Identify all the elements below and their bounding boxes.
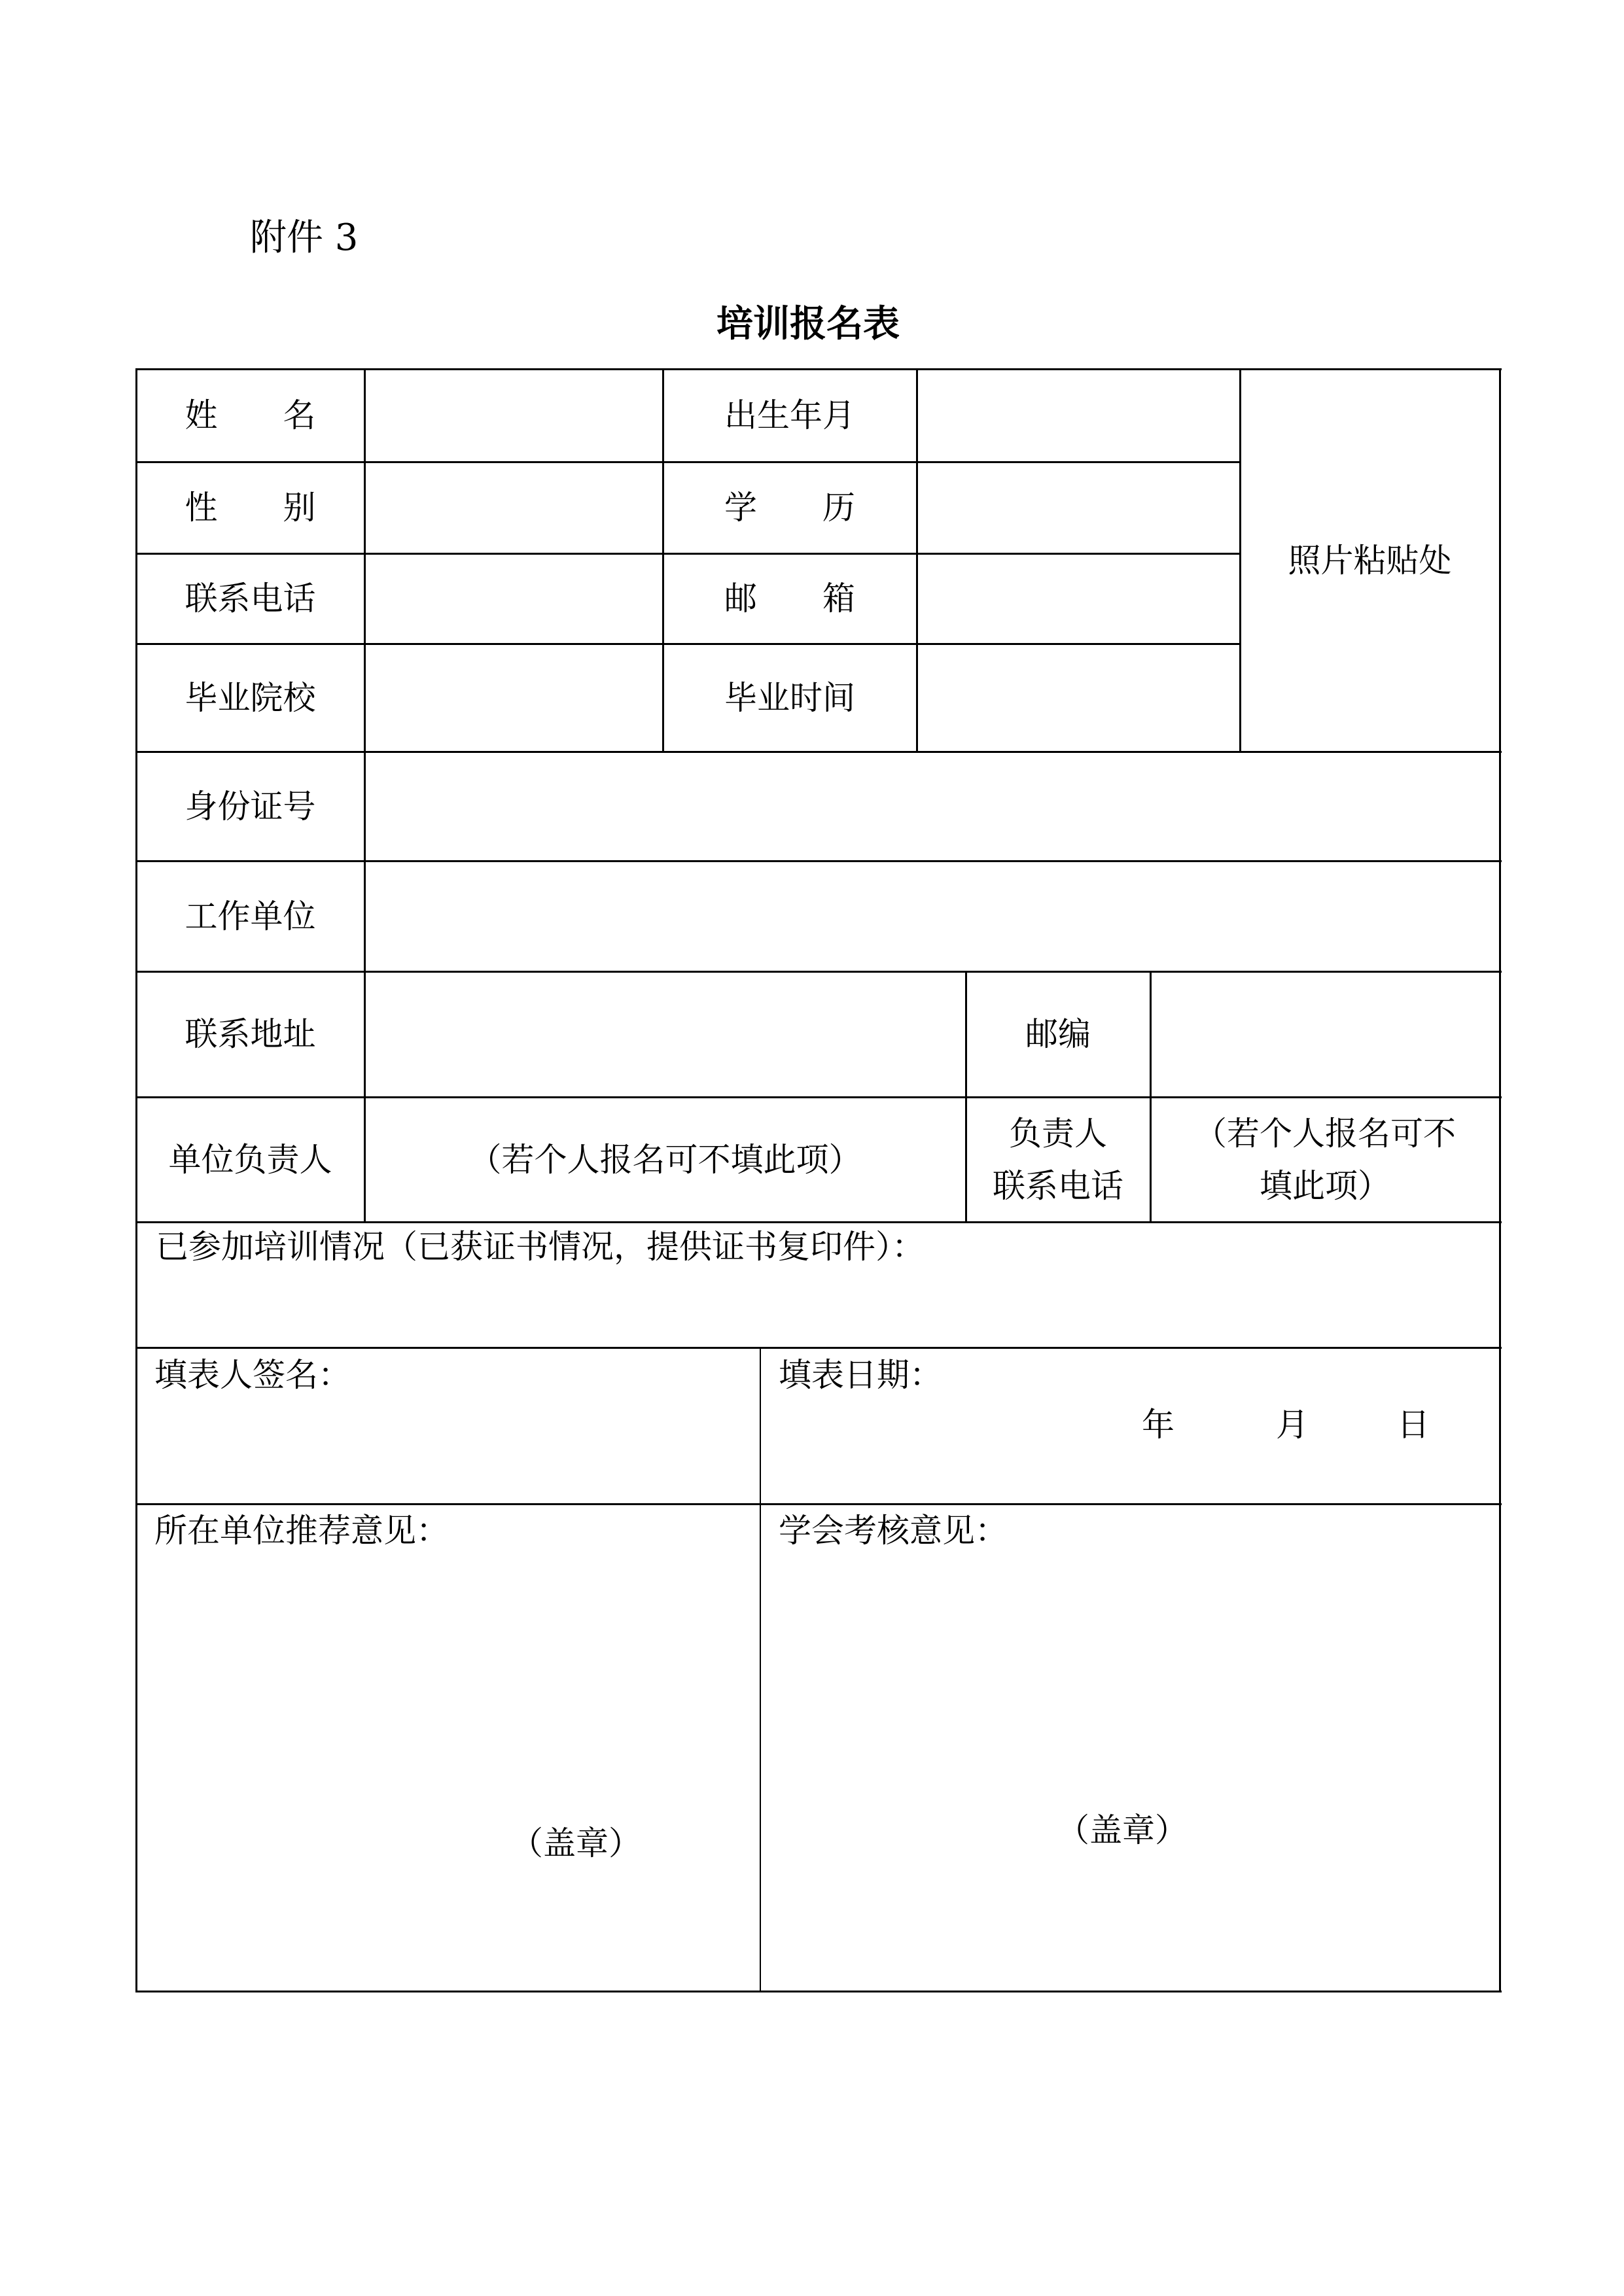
- society-opinion-label: 学会考核意见：: [779, 1511, 1008, 1550]
- head-phone-field[interactable]: （若个人报名可不 填此项）: [1150, 1097, 1500, 1222]
- head-phone-note-line2: 填此项）: [1260, 1160, 1390, 1212]
- postcode-label: 邮编: [966, 971, 1150, 1097]
- phone-field[interactable]: [364, 553, 663, 644]
- training-history-label: 已参加培训情况（已获证书情况，提供证书复印件）：: [156, 1227, 925, 1266]
- email-label: 邮 箱: [663, 553, 917, 644]
- education-field[interactable]: [917, 462, 1240, 553]
- seal-right: （盖章）: [1057, 1811, 1188, 1850]
- school-label: 毕业院校: [136, 644, 364, 752]
- date-day: 日: [1397, 1405, 1430, 1444]
- signer-label: 填表人签名：: [154, 1355, 351, 1395]
- address-field[interactable]: [364, 971, 966, 1097]
- id-label: 身份证号: [136, 752, 364, 861]
- employer-label: 工作单位: [136, 861, 364, 971]
- head-phone-note-line1: （若个人报名可不: [1194, 1107, 1456, 1160]
- society-opinion-field[interactable]: [760, 1504, 1500, 1991]
- unit-opinion-label: 所在单位推荐意见：: [154, 1511, 449, 1550]
- employer-field[interactable]: [364, 861, 1500, 971]
- date-year: 年: [1142, 1405, 1174, 1444]
- head-phone-label: 负责人 联系电话: [966, 1097, 1150, 1222]
- address-label: 联系地址: [136, 971, 364, 1097]
- head-phone-label-line1: 负责人: [1009, 1107, 1107, 1160]
- gender-label: 性 别: [136, 462, 364, 553]
- head-phone-label-line2: 联系电话: [993, 1160, 1123, 1212]
- phone-label: 联系电话: [136, 553, 364, 644]
- photo-placeholder[interactable]: 照片粘贴处: [1240, 369, 1500, 752]
- name-field[interactable]: [364, 369, 663, 462]
- education-label: 学 历: [663, 462, 917, 553]
- name-label: 姓 名: [136, 369, 364, 462]
- fill-date-label: 填表日期：: [779, 1355, 942, 1395]
- attachment-label: 附件 3: [250, 216, 358, 260]
- birth-label: 出生年月: [663, 369, 917, 462]
- seal-left: （盖章）: [510, 1824, 641, 1863]
- grad-time-field[interactable]: [917, 644, 1240, 752]
- form-title: 培训报名表: [716, 302, 900, 346]
- grad-time-label: 毕业时间: [663, 644, 917, 752]
- postcode-field[interactable]: [1150, 971, 1500, 1097]
- school-field[interactable]: [364, 644, 663, 752]
- unit-head-field[interactable]: （若个人报名可不填此项）: [364, 1097, 966, 1222]
- unit-head-label: 单位负责人: [136, 1097, 364, 1222]
- birth-field[interactable]: [917, 369, 1240, 462]
- id-field[interactable]: [364, 752, 1500, 861]
- date-month: 月: [1276, 1405, 1309, 1444]
- email-field[interactable]: [917, 553, 1240, 644]
- unit-opinion-field[interactable]: [136, 1504, 760, 1991]
- gender-field[interactable]: [364, 462, 663, 553]
